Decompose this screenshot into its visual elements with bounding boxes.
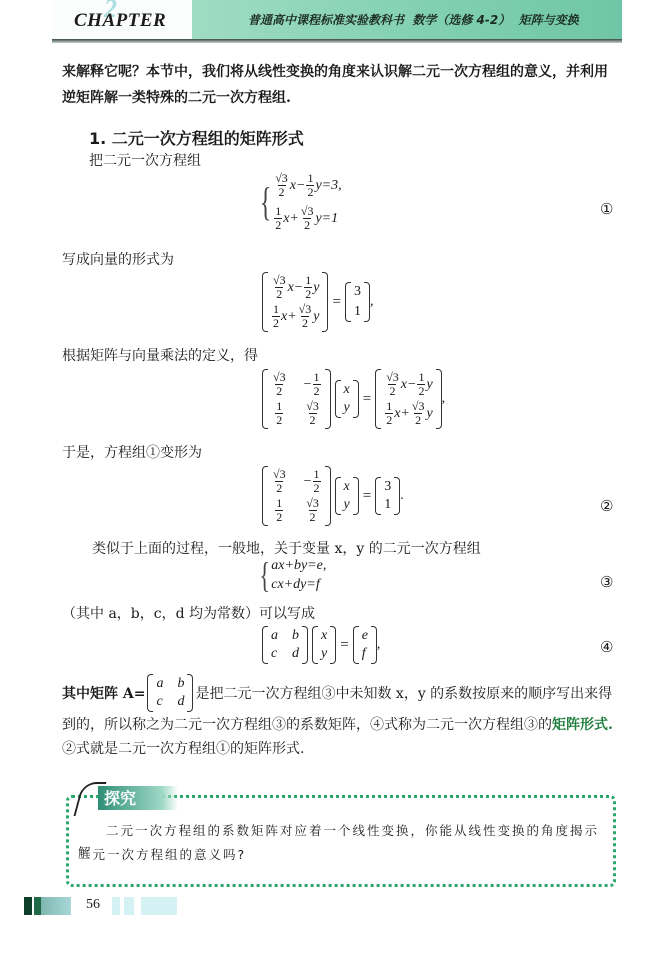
frac-den: 2 bbox=[417, 384, 425, 398]
equation-number-1: ① bbox=[600, 200, 613, 218]
frac-num: √3 bbox=[305, 400, 320, 413]
matrix-entry: c bbox=[156, 694, 163, 710]
equation-matrix-form-2: √32 −12 12 √32 xy = 31 . bbox=[262, 466, 404, 526]
equation-number-2: ② bbox=[600, 497, 613, 515]
term: x+ bbox=[394, 406, 410, 422]
equals-sign: = bbox=[332, 294, 340, 311]
frac-den: 2 bbox=[303, 218, 311, 232]
footer-decoration bbox=[141, 897, 177, 915]
text-constants: （其中 a，b，c，d 均为常数）可以写成 bbox=[62, 604, 315, 624]
var-y: y bbox=[313, 280, 319, 296]
frac-num: √3 bbox=[298, 303, 313, 316]
page-header: 2 CHAPTER 普通高中课程标准实验教科书 数学（选修 4-2） 矩阵与变换 bbox=[52, 0, 622, 40]
equation-system-1: { √32 x− 12 y=3, 12 x+ √32 y=1 bbox=[256, 172, 342, 232]
var-y: y bbox=[426, 406, 432, 422]
frac-den: 2 bbox=[278, 185, 286, 199]
frac-den: 2 bbox=[275, 287, 283, 301]
intro-line-1: 来解释它呢？本节中，我们将从线性变换的角度来认识解二元一次方程组的意义，并利用 bbox=[62, 62, 608, 82]
text-general: 类似于上面的过程，一般地，关于变量 x，y 的二元一次方程组 bbox=[92, 539, 481, 559]
rhs-value: 1 bbox=[354, 304, 361, 320]
frac-num: √3 bbox=[411, 400, 426, 413]
frac-den: 2 bbox=[313, 481, 321, 495]
matrix-entry: a bbox=[271, 628, 278, 644]
frac-den: 2 bbox=[275, 384, 283, 398]
frac-num: √3 bbox=[305, 497, 320, 510]
matrix-entry: d bbox=[177, 694, 184, 710]
var-y: y bbox=[321, 646, 327, 662]
footer-bar bbox=[34, 897, 41, 915]
frac-den: 2 bbox=[309, 510, 317, 524]
frac-den: 2 bbox=[313, 384, 321, 398]
footer-bar bbox=[41, 897, 71, 915]
frac-den: 2 bbox=[275, 481, 283, 495]
matrix-entry: b bbox=[292, 628, 299, 644]
explanation-line-2: 到的，所以称之为二元一次方程组③的系数矩阵，④式称为二元一次方程组③的矩阵形式. bbox=[62, 715, 613, 735]
frac-den: 2 bbox=[414, 413, 422, 427]
frac-num: 1 bbox=[272, 303, 280, 316]
var-x: x bbox=[344, 382, 350, 398]
chapter-label: CHAPTER bbox=[74, 10, 166, 32]
frac-den: 2 bbox=[275, 510, 283, 524]
matrix-entry: b bbox=[177, 676, 184, 692]
frac-den: 2 bbox=[272, 316, 280, 330]
frac-num: 1 bbox=[313, 468, 321, 481]
minus: − bbox=[304, 377, 312, 393]
frac-num: 1 bbox=[304, 274, 312, 287]
var-y: y bbox=[344, 497, 350, 513]
rhs-value: 1 bbox=[384, 497, 391, 513]
matrix-entry: c bbox=[271, 646, 278, 662]
frac-num: 1 bbox=[313, 371, 321, 384]
comma: , bbox=[370, 294, 374, 310]
footer-bar bbox=[24, 897, 32, 915]
frac-num: √3 bbox=[272, 468, 287, 481]
explanation-prefix: 其中矩阵 A= bbox=[62, 683, 145, 703]
frac-num: 1 bbox=[306, 172, 314, 185]
term: x− bbox=[288, 280, 304, 296]
explore-tag-label: 探究 bbox=[104, 786, 136, 809]
frac-num: 1 bbox=[275, 400, 283, 413]
term-matrix-form: 矩阵形式. bbox=[552, 717, 613, 733]
text-definition: 根据矩阵与向量乘法的定义，得 bbox=[62, 346, 258, 366]
frac-num: 1 bbox=[417, 371, 425, 384]
page-number: 56 bbox=[86, 897, 100, 913]
page-curl-icon bbox=[73, 782, 106, 816]
frac-num: √3 bbox=[385, 371, 400, 384]
explore-line-2: 二元一次方程组的意义吗? bbox=[78, 844, 608, 866]
text-vector-form: 写成向量的形式为 bbox=[62, 250, 174, 270]
frac-num: √3 bbox=[274, 172, 289, 185]
book-title: 普通高中课程标准实验教科书 数学（选修 4-2） 矩阵与变换 bbox=[248, 11, 579, 28]
footer-decoration bbox=[112, 897, 120, 915]
section-title: 1. 二元一次方程组的矩阵形式 bbox=[89, 126, 304, 149]
equation-system-3: { ax+by=e, cx+dy=f bbox=[256, 557, 326, 593]
rhs-value: 3 bbox=[354, 284, 361, 300]
explanation-line-2-text: 到的，所以称之为二元一次方程组③的系数矩阵，④式称为二元一次方程组③的 bbox=[62, 717, 552, 733]
frac-den: 2 bbox=[385, 413, 393, 427]
eq1-line2-part: x+ bbox=[283, 211, 299, 227]
frac-den: 2 bbox=[306, 185, 314, 199]
equation-number-3: ③ bbox=[600, 573, 613, 591]
equals-sign: = bbox=[363, 391, 371, 408]
book-title-bar: 普通高中课程标准实验教科书 数学（选修 4-2） 矩阵与变换 bbox=[192, 0, 622, 40]
frac-den: 2 bbox=[274, 218, 282, 232]
frac-num: 1 bbox=[275, 497, 283, 510]
footer-decoration bbox=[124, 897, 134, 915]
equation-matrix-product: √32 −12 12 √32 xy = √32 x− 12 y 12 x+ √3… bbox=[262, 369, 445, 429]
equation-number-4: ④ bbox=[600, 638, 613, 656]
chapter-label-box: 2 CHAPTER bbox=[52, 0, 192, 40]
eq1-line2-end: y=1 bbox=[315, 211, 338, 227]
intro-line-2: 逆矩阵解一类特殊的二元一次方程组. bbox=[62, 88, 291, 108]
var-x: x bbox=[321, 628, 327, 644]
explore-tag: 探究 bbox=[70, 780, 180, 814]
var-y: y bbox=[313, 309, 319, 325]
explanation-suffix: 是把二元一次方程组③中未知数 x，y 的系数按原来的顺序写出来得 bbox=[195, 683, 612, 703]
matrix-entry: d bbox=[292, 646, 299, 662]
rhs-value: 3 bbox=[384, 479, 391, 495]
minus: − bbox=[304, 474, 312, 490]
frac-den: 2 bbox=[275, 413, 283, 427]
section-lead: 把二元一次方程组 bbox=[89, 151, 201, 171]
left-brace-icon: { bbox=[260, 182, 272, 222]
matrix-entry: a bbox=[156, 676, 163, 692]
eq3-line-1: ax+by=e, bbox=[271, 558, 326, 574]
frac-den: 2 bbox=[304, 287, 312, 301]
var-x: x bbox=[344, 479, 350, 495]
equation-matrix-form-4: a b c d xy = ef , bbox=[262, 626, 380, 664]
frac-den: 2 bbox=[301, 316, 309, 330]
explanation-line-1: 其中矩阵 A= a b c d 是把二元一次方程组③中未知数 x，y 的系数按原… bbox=[62, 674, 612, 712]
equals-sign: = bbox=[340, 637, 348, 654]
var-y: y bbox=[426, 377, 432, 393]
text-transform: 于是，方程组①变形为 bbox=[62, 443, 202, 463]
equation-vector-form: √32 x− 12 y 12 x+ √32 y = 3 1 , bbox=[262, 272, 373, 332]
frac-den: 2 bbox=[388, 384, 396, 398]
equals-sign: = bbox=[363, 488, 371, 505]
frac-den: 2 bbox=[309, 413, 317, 427]
eq1-line1-end: y=3, bbox=[315, 178, 341, 194]
frac-num: √3 bbox=[272, 371, 287, 384]
explanation-line-3: ②式就是二元一次方程组①的矩阵形式. bbox=[62, 739, 304, 759]
var-y: y bbox=[344, 400, 350, 416]
term: x− bbox=[401, 377, 417, 393]
frac-num: 1 bbox=[385, 400, 393, 413]
eq1-line1-part: x− bbox=[290, 178, 306, 194]
frac-num: 1 bbox=[274, 205, 282, 218]
rhs-value: e bbox=[362, 628, 368, 644]
period: . bbox=[400, 488, 404, 504]
eq3-line-2: cx+dy=f bbox=[271, 577, 326, 593]
left-brace-icon: { bbox=[259, 557, 269, 593]
term: x+ bbox=[281, 309, 297, 325]
comma: , bbox=[377, 637, 381, 653]
rhs-value: f bbox=[362, 646, 368, 662]
frac-num: √3 bbox=[272, 274, 287, 287]
comma: , bbox=[442, 391, 446, 407]
header-divider bbox=[52, 39, 622, 43]
frac-num: √3 bbox=[300, 205, 315, 218]
